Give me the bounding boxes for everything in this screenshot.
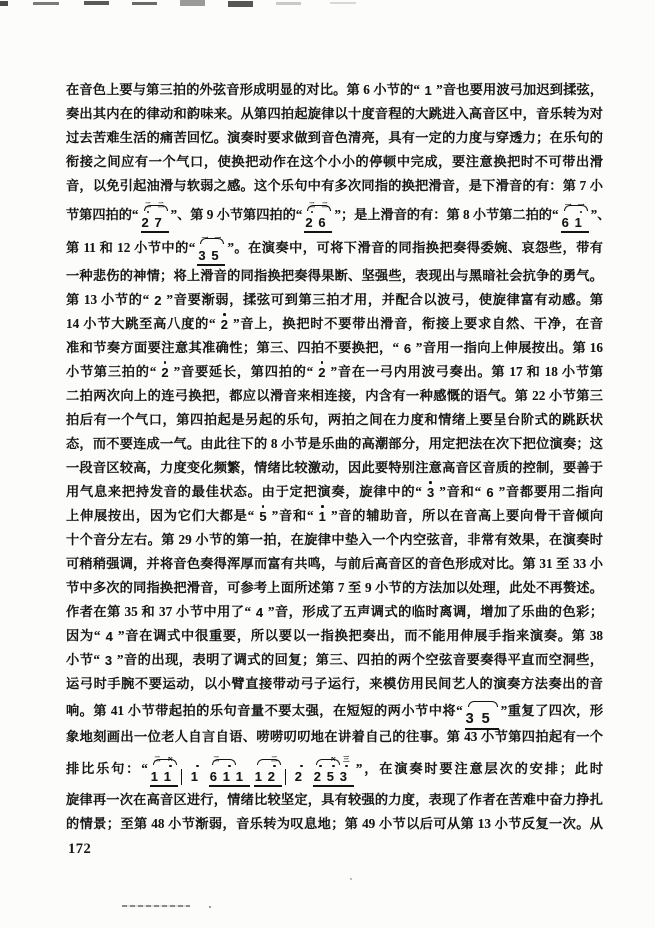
text-run: 节中多次的同指换把滑音，可参考上面所述第 7 至 9 小节的方法加以处理，此处不… bbox=[66, 580, 603, 595]
text-run: ”音都要用二指向 bbox=[495, 484, 603, 499]
note-digit: 6 bbox=[486, 486, 493, 499]
note-digit: 2 bbox=[154, 294, 161, 307]
text-line: 节中多次的同指换把滑音，可参考上面所述第 7 至 9 小节的方法加以处理，此处不… bbox=[66, 576, 603, 600]
text-line: 拍后有一个气口，第四拍起是另起的乐句，两拍之间在力度和情绪上要呈台阶式的跳跃状 bbox=[66, 408, 603, 432]
text-run: ”；是上滑音的有：第 8 小节第二拍的“ bbox=[334, 207, 558, 222]
text-run: 因为“ bbox=[66, 628, 105, 643]
jianpu-notation: 35 bbox=[463, 698, 501, 733]
text-run: 音，以免引起油滑与软弱之感。这个乐句中有多次同指的换把滑音，是下滑音的有：第 7… bbox=[66, 178, 603, 193]
text-run: 作者在第 35 和 37 小节中用了“ bbox=[66, 604, 255, 619]
jianpu-note: 1 bbox=[236, 769, 249, 790]
text-run: ”音要渐弱，揉弦可到第三拍才用，并配合以波弓，使旋律富有动感。第 bbox=[162, 292, 603, 307]
text-line: 象地刻画出一位老人自言自语、唠唠叨叨地在讲着自己的往事。第 43 小节第四拍起有… bbox=[66, 725, 603, 749]
scan-artifact bbox=[350, 878, 352, 880]
jianpu-note: 3一 bbox=[198, 248, 211, 269]
slur-arc bbox=[468, 701, 498, 707]
note-digit: 1 bbox=[424, 84, 431, 97]
note-digit: 1 bbox=[319, 510, 326, 523]
text-run: 可稍稍强调，并将音色奏得浑厚而富有共鸣，与前后高音区的音色形成对比。第 31 至… bbox=[66, 556, 603, 571]
scan-artifact bbox=[132, 2, 157, 5]
slur-arc bbox=[307, 205, 331, 211]
text-run: 第 11 和 12 小节中的“ bbox=[66, 240, 195, 255]
jianpu-note: 1 bbox=[223, 769, 236, 790]
text-run: 奏出其内在的律动和韵味来。从第四拍起旋律以十度音程的大跳进入高音区中，音乐转为对 bbox=[66, 106, 603, 121]
text-run: ”音上，换把时不要带出滑音，衔接上要求自然、干净，在音 bbox=[229, 316, 603, 331]
text-run: 的情景；至第 48 小节渐弱，音乐转为叹息地；第 49 小节以后可从第 13 小… bbox=[66, 816, 603, 831]
jianpu-note: 1二 bbox=[151, 769, 164, 790]
text-run: 上伸展按出，因为它们大都是“ bbox=[66, 508, 258, 523]
text-run: ”音的辅助音，所以在音高上要向骨干音倾向 bbox=[327, 508, 603, 523]
note-digit: 3 bbox=[427, 486, 434, 499]
text-line: 奏出其内在的律动和韵味来。从第四拍起旋律以十度音程的大跳进入高音区中，音乐转为对 bbox=[66, 102, 603, 126]
text-run: ”音要延长，第四拍的“ bbox=[170, 364, 318, 379]
text-line: 运弓时手腕不要运动，以小臂直接带动弓子运行，来模仿用民间艺人的演奏方法奏出的音 bbox=[66, 672, 603, 696]
text-line: 上伸展按出，因为它们大都是“ 5 ”音和“ 1 ”音的辅助音，所以在音高上要向骨… bbox=[66, 504, 603, 528]
text-run: 态，而不要连成一气。由此往下的 8 小节是乐曲的高潮部分，用定把法在次下把位演奏… bbox=[66, 436, 603, 451]
text-run: 小节“ bbox=[66, 652, 104, 667]
text-run: 第 13 小节的“ bbox=[66, 292, 153, 307]
jianpu-notation: 3一5一 bbox=[195, 235, 227, 269]
text-run: 准和节奏方面要注意其准确性；第三、四拍不要换把，“ bbox=[66, 340, 403, 355]
text-line: 衔接之间应有一个气口，使换把动作在这个小小的停顿中完成，要注意换把时不可带出滑 bbox=[66, 150, 603, 174]
text-line: 一段音区较高，力度变化频繁，情绪比较激动，因此要特别注意高音区音质的控制，要善于 bbox=[66, 456, 603, 480]
text-line: 排比乐句：“1二1N16二1112二225N3三”，在演奏时要注意层次的安排；此… bbox=[66, 749, 603, 788]
jianpu-note: 1一 bbox=[575, 215, 588, 236]
text-run: 小节第三拍的“ bbox=[66, 364, 160, 379]
text-line: 小节第三拍的“ 2 ”音要延长，第四拍的“ 2 ”音在一弓内用波弓奏出。第 17… bbox=[66, 360, 603, 384]
jianpu-note: 1 bbox=[191, 769, 204, 790]
text-line: 旋律再一次在高音区进行，情绪比较坚定，具有较强的力度，表现了作者在苦难中奋力挣扎 bbox=[66, 788, 603, 812]
text-block: 在音色上要与第三拍的外弦音形成明显的对比。第 6 小节的“ 1 ”音也要用波弓加… bbox=[66, 78, 603, 836]
jianpu-note: 1N bbox=[164, 769, 177, 790]
barline bbox=[285, 769, 292, 785]
text-line: 作者在第 35 和 37 小节中用了“ 4 ”音，形成了五声调式的临时离调，增加… bbox=[66, 600, 603, 624]
text-run: 旋律再一次在高音区进行，情绪比较坚定，具有较强的力度，表现了作者在苦难中奋力挣扎 bbox=[66, 792, 603, 807]
text-run: ”音，形成了五声调式的临时离调，增加了乐曲的色彩； bbox=[264, 604, 603, 619]
scan-artifact bbox=[228, 1, 253, 7]
text-run: ”、第 9 小节第四拍的“ bbox=[171, 207, 303, 222]
text-line: 二拍两次向上的连弓换把，都应以滑音来相连接，内含有一种感慨的语气。第 22 小节… bbox=[66, 384, 603, 408]
text-line: 因为“ 4 ”音在调式中很重要，所以要以一指换把奏出，而不能用伸展手指来演奏。第… bbox=[66, 624, 603, 648]
page-number: 172 bbox=[68, 841, 91, 858]
jianpu-note: 6二 bbox=[210, 769, 223, 790]
text-line: 14 小节大跳至高八度的“ 2 ”音上，换把时不要带出滑音，衔接上要求自然、干净… bbox=[66, 312, 603, 336]
text-run: 用气息来把持发音的最佳状态。由于定把演奏，旋律中的“ bbox=[66, 484, 426, 499]
jianpu-notation: 2二6二 bbox=[302, 202, 334, 236]
text-run: 14 小节大跳至高八度的“ bbox=[66, 316, 220, 331]
scan-artifact bbox=[276, 2, 301, 5]
note-digit: 4 bbox=[106, 630, 113, 643]
note-digit: 3 bbox=[105, 654, 112, 667]
text-run: 一段音区较高，力度变化频繁，情绪比较激动，因此要特别注意高音区音质的控制，要善于 bbox=[66, 460, 603, 475]
slur-arc bbox=[144, 205, 168, 211]
text-run: 响。第 41 小节带起拍的乐句音量不要太强，在短短的两小节中将“ bbox=[66, 703, 463, 718]
jianpu-notation: 2二7二 bbox=[139, 202, 171, 236]
text-run: ”音和“ bbox=[435, 484, 485, 499]
text-run: 过去苦难生活的痛苦回忆。演奏时要求做到音色清亮，具有一定的力度与穿透力；在乐句的 bbox=[66, 130, 603, 145]
jianpu-note: 2 bbox=[314, 769, 327, 790]
scan-artifact bbox=[330, 2, 356, 4]
text-run: 十个音分左右。第 29 小节的第一拍，在旋律中垫入一个内空弦音，非常有效果，在演… bbox=[66, 532, 603, 547]
barline bbox=[181, 769, 188, 785]
text-line: 节第四拍的“2二7二”、第 9 小节第四拍的“2二6二”；是上滑音的有：第 8 … bbox=[66, 198, 603, 231]
scan-artifact bbox=[209, 906, 211, 908]
slur-arc bbox=[200, 238, 224, 244]
text-run: 节第四拍的“ bbox=[66, 207, 139, 222]
slur-arc bbox=[153, 759, 177, 765]
text-run: 二拍两次向上的连弓换把，都应以滑音来相连接，内含有一种感慨的语气。第 22 小节… bbox=[66, 388, 603, 403]
note-digit: 4 bbox=[256, 606, 263, 619]
scanned-book-page: 在音色上要与第三拍的外弦音形成明显的对比。第 6 小节的“ 1 ”音也要用波弓加… bbox=[0, 0, 655, 928]
jianpu-note: 1 bbox=[255, 769, 268, 790]
text-run: ”、 bbox=[591, 207, 611, 222]
jianpu-note: 2二 bbox=[142, 215, 155, 236]
text-run: ”，在演奏时要注意层次的安排；此时 bbox=[356, 761, 603, 776]
jianpu-note: 3 bbox=[466, 711, 482, 733]
text-run: ”音的出现，表明了调式的回复；第三、四拍的两个空弦音要奏得平直而空洞些， bbox=[113, 652, 603, 667]
text-run: 排比乐句：“ bbox=[66, 761, 148, 776]
jianpu-note: 5一 bbox=[211, 248, 224, 269]
text-run: 拍后有一个气口，第四拍起是另起的乐句，两拍之间在力度和情绪上要呈台阶式的跳跃状 bbox=[66, 412, 603, 427]
text-run: ”音用一指向上伸展按出。第 16 bbox=[412, 340, 603, 355]
scan-artifact bbox=[33, 2, 59, 5]
jianpu-notation: 1二1N16二1112二225N3三 bbox=[148, 756, 356, 790]
text-line: 在音色上要与第三拍的外弦音形成明显的对比。第 6 小节的“ 1 ”音也要用波弓加… bbox=[66, 78, 603, 102]
slur-arc bbox=[564, 205, 588, 211]
text-line: 态，而不要连成一气。由此往下的 8 小节是乐曲的高潮部分，用定把法在次下把位演奏… bbox=[66, 432, 603, 456]
text-line: 音，以免引起油滑与软弱之感。这个乐句中有多次同指的换把滑音，是下滑音的有：第 7… bbox=[66, 174, 603, 198]
note-digit: 2 bbox=[161, 366, 168, 379]
jianpu-note: 2二 bbox=[268, 769, 281, 790]
jianpu-note: 5 bbox=[482, 711, 498, 733]
text-line: 小节“ 3 ”音的出现，表明了调式的回复；第三、四拍的两个空弦音要奏得平直而空洞… bbox=[66, 648, 603, 672]
jianpu-note: 2 bbox=[295, 769, 308, 790]
slur-arc bbox=[316, 759, 340, 765]
text-run: ”。在演奏中，可将下滑音的同指换把奏得委婉、哀怨些，带有 bbox=[227, 240, 603, 255]
text-line: 可稍稍强调，并将音色奏得浑厚而富有共鸣，与前后高音区的音色形成对比。第 31 至… bbox=[66, 552, 603, 576]
text-run: ”重复了四次，形 bbox=[501, 703, 603, 718]
jianpu-note: 3三 bbox=[340, 769, 353, 790]
text-run: ”音在调式中很重要，所以要以一指换把奏出，而不能用伸展手指来演奏。第 38 bbox=[114, 628, 603, 643]
text-line: 用气息来把持发音的最佳状态。由于定把演奏，旋律中的“ 3 ”音和“ 6 ”音都要… bbox=[66, 480, 603, 504]
text-run: 在音色上要与第三拍的外弦音形成明显的对比。第 6 小节的“ bbox=[66, 82, 423, 97]
text-run: 运弓时手腕不要运动，以小臂直接带动弓子运行，来模仿用民间艺人的演奏方法奏出的音 bbox=[66, 676, 603, 691]
text-line: 响。第 41 小节带起拍的乐句音量不要太强，在短短的两小节中将“35”重复了四次… bbox=[66, 696, 603, 725]
scan-artifact bbox=[0, 1, 8, 6]
text-run: 一种悲伤的神情；将上滑音的同指换把奏得果断、坚强些，表现出与黑暗社会抗争的勇气。 bbox=[66, 268, 603, 283]
text-line: 第 13 小节的“ 2 ”音要渐弱，揉弦可到第三拍才用，并配合以波弓，使旋律富有… bbox=[66, 288, 603, 312]
jianpu-note: 6二 bbox=[318, 215, 331, 236]
text-run: ”音和“ bbox=[268, 508, 318, 523]
note-digit: 5 bbox=[259, 510, 266, 523]
text-run: 象地刻画出一位老人自言自语、唠唠叨叨地在讲着自己的往事。第 43 小节第四拍起有… bbox=[66, 729, 603, 744]
jianpu-note: 7二 bbox=[155, 215, 168, 236]
text-line: 的情景；至第 48 小节渐弱，音乐转为叹息地；第 49 小节以后可从第 13 小… bbox=[66, 812, 603, 836]
jianpu-notation: 6一1一 bbox=[559, 202, 591, 236]
jianpu-note: 5N bbox=[327, 769, 340, 790]
text-line: 一种悲伤的神情；将上滑音的同指换把奏得果断、坚强些，表现出与黑暗社会抗争的勇气。 bbox=[66, 264, 603, 288]
slur-arc bbox=[257, 759, 281, 765]
note-digit: 2 bbox=[318, 366, 325, 379]
text-line: 过去苦难生活的痛苦回忆。演奏时要求做到音色清亮，具有一定的力度与穿透力；在乐句的 bbox=[66, 126, 603, 150]
jianpu-note: 2二 bbox=[305, 215, 318, 236]
scan-artifact bbox=[180, 0, 205, 6]
text-run: ”音也要用波弓加迟到揉弦， bbox=[433, 82, 603, 97]
jianpu-note: 6一 bbox=[562, 215, 575, 236]
text-run: 衔接之间应有一个气口，使换把动作在这个小小的停顿中完成，要注意换把时不可带出滑 bbox=[66, 154, 603, 169]
text-run: ”音在一弓内用波弓奏出。第 17 和 18 小节第 bbox=[327, 364, 604, 379]
slur-arc bbox=[212, 759, 236, 765]
note-digit: 2 bbox=[221, 318, 228, 331]
text-line: 准和节奏方面要注意其准确性；第三、四拍不要换把，“ 6 ”音用一指向上伸展按出。… bbox=[66, 336, 603, 360]
scan-artifact bbox=[84, 1, 109, 5]
text-line: 十个音分左右。第 29 小节的第一拍，在旋律中垫入一个内空弦音，非常有效果，在演… bbox=[66, 528, 603, 552]
scan-artifact bbox=[122, 905, 190, 907]
note-digit: 6 bbox=[404, 342, 411, 355]
